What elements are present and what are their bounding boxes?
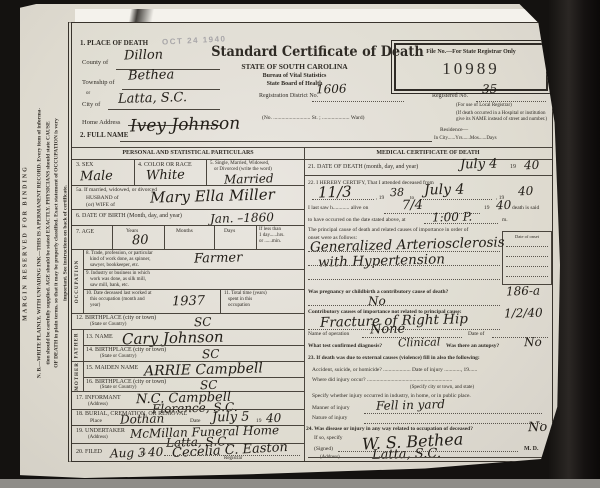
total-time-label3: occupation xyxy=(228,303,250,309)
residence-columns: In City......Yrs......Mos......Days xyxy=(434,136,497,142)
birthplace-label: 12. BIRTHPLACE (city or town) xyxy=(76,315,156,322)
age-less-label2: 1 day......hrs. xyxy=(259,233,285,239)
mother-name-value: ARRIE Campbell xyxy=(144,361,263,378)
age-label: 7. AGE xyxy=(76,229,94,236)
industry-label: 9. Industry or business in which xyxy=(86,271,150,277)
place-of-death-label: 1. PLACE OF DEATH xyxy=(80,39,148,47)
signed-label: (Signed) xyxy=(314,446,333,452)
last-worked-value: 1937 xyxy=(172,295,205,309)
external-causes-label: 23. If death was due to external causes … xyxy=(308,355,480,361)
registrar-line xyxy=(164,441,300,456)
industry-label3: saw mill, bank, etc. xyxy=(90,283,129,289)
blank-line xyxy=(364,409,542,424)
full-name-line xyxy=(120,127,432,142)
state-country-label: (State or Country) xyxy=(90,322,126,328)
registered-no-line xyxy=(476,87,546,102)
row-rule xyxy=(83,269,304,270)
certificate-form: 1. PLACE OF DEATH OCT 24 1940 County of … xyxy=(68,22,553,462)
last-saw-label: I last saw h............ alive on xyxy=(308,205,368,211)
city-line xyxy=(108,95,220,110)
burial-date-value: July 5 xyxy=(212,411,250,425)
row-rule xyxy=(72,409,304,410)
left-section-title: PERSONAL AND STATISTICAL PARTICULARS xyxy=(72,150,304,157)
scanned-page-background: MARGIN RESERVED FOR BINDING N. B.—WRITE … xyxy=(0,0,600,488)
dob-label: 6. DATE OF BIRTH (Month, day, and year) xyxy=(76,213,182,220)
father-birthplace-value: SC xyxy=(202,348,220,360)
cell-divider xyxy=(134,159,135,185)
from-year-prefix: , 19 xyxy=(376,195,384,201)
mother-name-label: 15. MAIDEN NAME xyxy=(86,365,138,372)
father-name-label: 13. NAME xyxy=(86,334,113,341)
trade-value: Farmer xyxy=(194,251,243,265)
registration-district-label: Registration District No. xyxy=(259,93,318,100)
margin-binding-text: MARGIN RESERVED FOR BINDING xyxy=(22,23,28,463)
occurred-label: to have occurred on the date stated abov… xyxy=(308,217,406,223)
blank-line xyxy=(308,237,500,252)
last-saw-year-value: 40 xyxy=(496,199,512,211)
principal-cause-label: The principal cause of death and related… xyxy=(308,227,468,233)
hospital-note: (If death occurred in a Hospital or inst… xyxy=(456,111,548,123)
cell-divider xyxy=(214,225,215,249)
cell-divider xyxy=(220,289,221,313)
date-of-onset-label: Date of onset xyxy=(503,234,551,239)
blank-line xyxy=(312,185,374,200)
or-label: or xyxy=(86,91,90,97)
age-less-label3: or ......min. xyxy=(259,239,281,245)
registrar-label: Registrar xyxy=(224,456,242,462)
blank-line xyxy=(308,291,500,306)
file-box-label: File No.—For State Registrar Only xyxy=(396,49,546,56)
filed-year-prefix: 19 xyxy=(140,451,146,457)
md-label: M. D. xyxy=(524,446,539,453)
trade-label3: sawyer, bookkeeper, etc. xyxy=(90,263,139,269)
nature-of-injury-label: Nature of injury xyxy=(312,415,347,421)
spouse-value: Mary Ella Miller xyxy=(150,187,275,205)
blank-line xyxy=(420,185,492,200)
filed-label: 20. FILED xyxy=(76,449,102,456)
age-years-value: 80 xyxy=(132,234,149,247)
cell-divider xyxy=(206,159,207,185)
paper-top-edge xyxy=(75,9,560,22)
burial-date-label: Date xyxy=(190,418,200,424)
last-worked-label2: this occupation (month and xyxy=(90,297,145,303)
home-address-label: Home Address xyxy=(82,119,120,126)
informant-address-label: (Address) xyxy=(88,402,108,408)
sex-label: 3. SEX xyxy=(76,162,93,169)
signed-address-value: Latta, S.C. xyxy=(372,447,441,462)
marital-value: Married xyxy=(224,172,274,185)
state-line: STATE OF SOUTH CAROLINA xyxy=(202,63,387,72)
race-value: White xyxy=(146,168,185,182)
spouse-label3: (or) WIFE of xyxy=(86,202,115,208)
margin-note-line: N. B.—WRITE PLAINLY, WITH UNFADING INK—T… xyxy=(35,23,44,463)
total-time-label: 11. Total time (years) xyxy=(224,291,267,297)
certificate-paper: MARGIN RESERVED FOR BINDING N. B.—WRITE … xyxy=(20,4,560,478)
blank-line xyxy=(308,265,500,280)
onset-blank-line xyxy=(506,266,548,267)
manner-of-injury-label: Manner of injury xyxy=(312,405,350,411)
residence-label: Residence— xyxy=(440,127,468,133)
marital-label: 5. Single, Married, Widowed, xyxy=(210,161,269,167)
burial-place-value: Dothan xyxy=(120,412,165,425)
township-label: Township of xyxy=(82,79,115,86)
certificate-title: Standard Certificate of Death xyxy=(202,43,387,61)
occupation-side-label: OCCUPATION xyxy=(72,249,84,313)
age-months-label: Months xyxy=(176,228,193,234)
left-margin-text: MARGIN RESERVED FOR BINDING N. B.—WRITE … xyxy=(20,14,72,472)
row-rule xyxy=(304,175,552,176)
undertaker-address-label: (Address) xyxy=(88,435,108,441)
right-section-title: MEDICAL CERTIFICATE OF DEATH xyxy=(304,150,552,157)
dod-year-value: 40 xyxy=(524,159,540,171)
cell-divider xyxy=(164,225,165,249)
related-occupation-value: No xyxy=(528,421,548,434)
age-less-label: If less than xyxy=(259,227,281,233)
registered-no-label: Registered No. xyxy=(432,93,468,100)
father-birthplace-label: 14. BIRTHPLACE (city or town) xyxy=(86,347,166,354)
cell-divider xyxy=(256,225,257,249)
autopsy-label: Was there an autopsy? xyxy=(446,343,499,349)
local-registrar-note: (For use of Local Registrar) xyxy=(456,103,512,109)
to-year-value: 40 xyxy=(518,185,534,197)
mother-side-label: MOTHER xyxy=(72,361,84,391)
burial-place-label: Place xyxy=(90,418,102,424)
state-country-label: (State or Country) xyxy=(100,385,136,391)
row-rule xyxy=(72,313,304,314)
operation-date-label: Date of xyxy=(468,331,484,337)
test-value: Clinical xyxy=(398,336,441,348)
row-rule xyxy=(83,289,304,290)
bureau-line: Bureau of Vital Statistics xyxy=(202,73,387,80)
filed-year-value: 40 xyxy=(148,446,164,458)
registration-district-line xyxy=(312,87,404,102)
spouse-label: 5a. If married, widowed, or divorced xyxy=(76,187,157,193)
blank-line xyxy=(308,251,500,266)
trade-label2: kind of work done, as spinner, xyxy=(90,257,150,263)
operation-label: Name of operation xyxy=(308,331,349,337)
test-label: What test confirmed diagnosis? xyxy=(308,343,382,349)
file-number-box: File No.—For State Registrar Only 10989 xyxy=(394,43,548,91)
onset-blank-line xyxy=(506,256,548,257)
contributory-date-value: 1/2/40 xyxy=(504,306,543,319)
where-injury-label: Where did injury occur? ................… xyxy=(312,377,452,383)
industry-label2: work was done, as silk mill, xyxy=(90,277,146,283)
autopsy-value: No xyxy=(524,336,542,348)
scan-bottom-strip xyxy=(0,479,600,488)
onset-blank-line xyxy=(506,246,548,247)
columns-top-rule xyxy=(72,147,552,148)
informant-label: 17. INFORMANT xyxy=(76,395,121,402)
date-of-onset-box: Date of onset xyxy=(502,231,552,285)
accident-label: Accident, suicide, or homicide? ........… xyxy=(312,367,477,373)
dod-year-prefix: 19 xyxy=(510,164,516,171)
city-label: City of xyxy=(82,101,100,108)
death-said-label: death is said xyxy=(512,205,539,211)
margin-note-line: OF DEATH in plain terms, so that it may … xyxy=(53,23,62,463)
spouse-label2: HUSBAND of xyxy=(86,195,119,201)
where-injury-note: (Specify city or town, and state) xyxy=(372,385,512,391)
row-rule xyxy=(72,249,304,250)
row-rule xyxy=(83,377,304,378)
state-country-label: (State or Country) xyxy=(100,354,136,360)
county-label: County of xyxy=(82,59,108,66)
m-label: m. xyxy=(502,217,508,223)
last-worked-label3: year) xyxy=(90,303,100,309)
date-of-death-value: July 4 xyxy=(460,158,498,172)
onset-blank-line xyxy=(506,276,548,277)
total-time-label2: spent in this xyxy=(228,297,252,303)
date-of-death-label: 21. DATE OF DEATH (month, day, and year) xyxy=(308,164,418,171)
bottom-double-rule xyxy=(308,457,550,458)
blank-line xyxy=(424,209,498,224)
age-days-label: Days xyxy=(224,228,235,234)
row-rule xyxy=(72,225,304,226)
statistical-code-value: 186-a xyxy=(506,285,540,298)
column-divider xyxy=(304,147,305,461)
margin-note-line: tion should be carefully supplied. AGE s… xyxy=(44,23,53,463)
dob-value: Jan. –1860 xyxy=(210,211,274,225)
birthplace-value: SC xyxy=(194,316,212,328)
cell-divider xyxy=(112,225,113,249)
trade-label: 8. Trade, profession, or particular xyxy=(86,251,153,257)
row-rule xyxy=(83,345,304,346)
no-st-ward-label: (No. ........................... St. ; .… xyxy=(262,115,364,121)
file-number: 10989 xyxy=(396,59,546,79)
from-year-value: 38 xyxy=(390,187,404,198)
sex-value: Male xyxy=(80,170,113,184)
undertaker-label: 19. UNDERTAKER xyxy=(76,428,125,435)
last-worked-label: 10. Date deceased last worked at xyxy=(86,291,152,297)
